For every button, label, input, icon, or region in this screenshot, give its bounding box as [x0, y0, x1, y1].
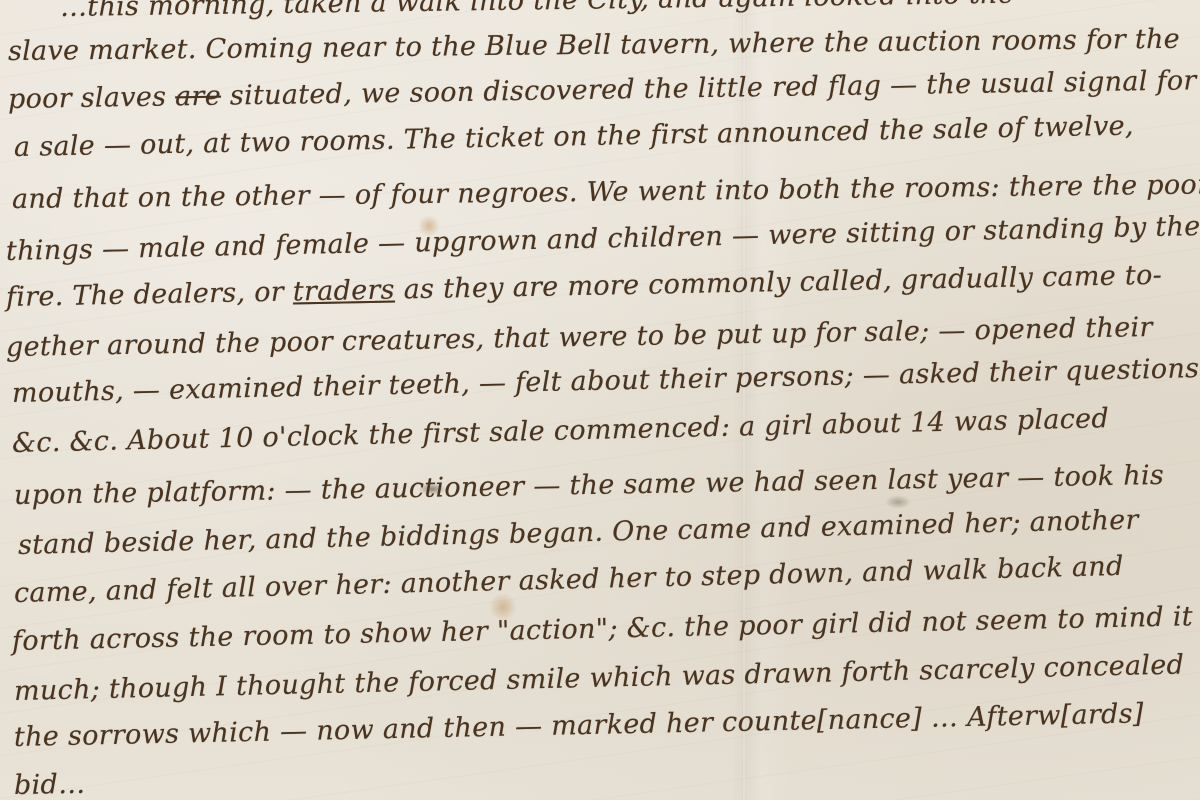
manuscript-line-3: poor slaves are situated, we soon discov…	[8, 65, 1197, 115]
line-text: poor slaves	[8, 81, 176, 115]
manuscript-page: …this morning, taken a walk into the Cit…	[0, 0, 1200, 800]
manuscript-line-10: &c. &c. About 10 o'clock the first sale …	[12, 403, 1110, 459]
manuscript-line-5: and that on the other — of four negroes.…	[12, 169, 1200, 215]
manuscript-line-9: mouths, — examined their teeth, — felt a…	[12, 353, 1200, 409]
line-text: as they are more commonly called, gradua…	[395, 260, 1163, 306]
manuscript-line-6: things — male and female — upgrown and c…	[6, 211, 1200, 267]
manuscript-line-11: upon the platform: — the auctioneer — th…	[14, 460, 1165, 511]
manuscript-line-8: gether around the poor creatures, that w…	[6, 312, 1153, 363]
manuscript-line-13: came, and felt all over her: another ask…	[14, 551, 1124, 609]
manuscript-line-7: fire. The dealers, or traders as they ar…	[6, 260, 1163, 313]
manuscript-line-12: stand beside her, and the biddings began…	[18, 505, 1139, 561]
manuscript-line-14: forth across the room to show her "actio…	[12, 601, 1194, 657]
line-text: fire. The dealers, or	[6, 276, 293, 313]
underlined-word: traders	[293, 275, 396, 308]
line-text: situated, we soon discovered the little …	[221, 65, 1197, 111]
manuscript-line-16: the sorrows which — now and then — marke…	[14, 698, 1144, 753]
manuscript-line-17: bid…	[14, 769, 86, 800]
manuscript-line-15: much; though I thought the forced smile …	[14, 649, 1185, 707]
ink-smudge	[885, 495, 911, 509]
struck-through-word: are	[175, 81, 221, 113]
manuscript-line-2: slave market. Coming near to the Blue Be…	[8, 24, 1180, 67]
manuscript-line-1: …this morning, taken a walk into the Cit…	[60, 0, 1015, 23]
manuscript-line-4: a sale — out, at two rooms. The ticket o…	[14, 111, 1134, 163]
